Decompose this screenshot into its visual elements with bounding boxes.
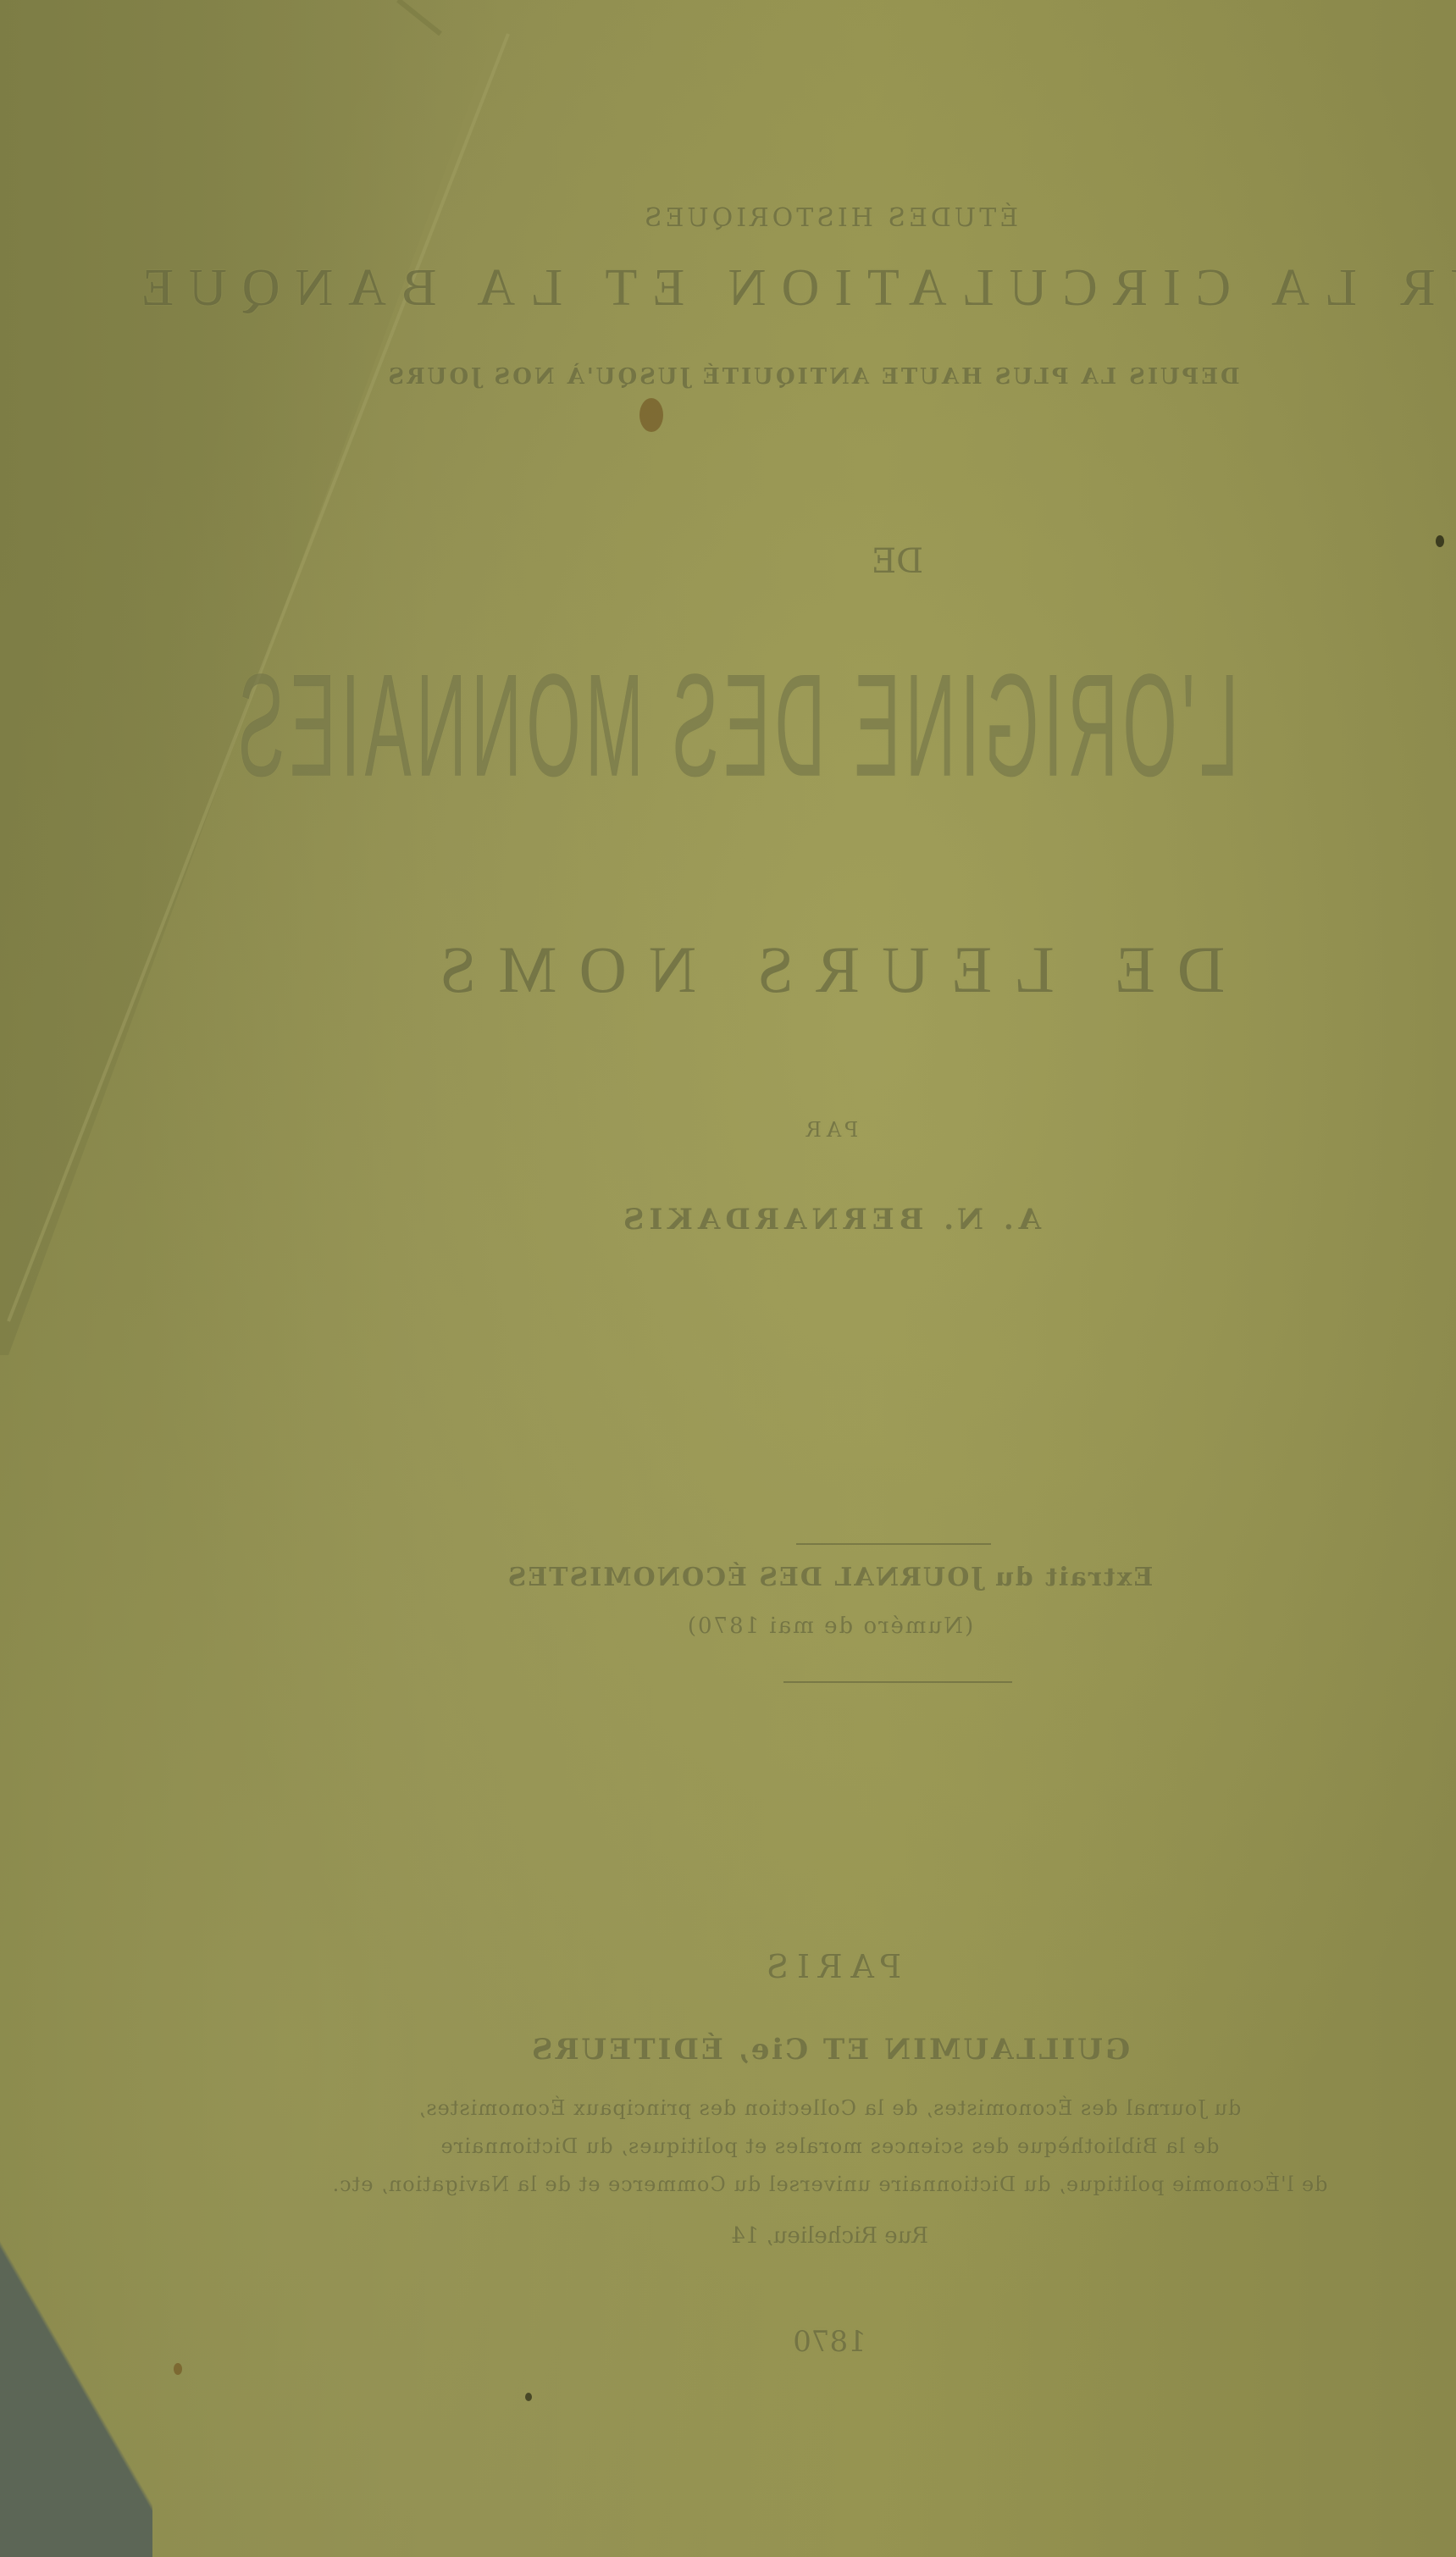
publication-year: 1870 bbox=[102, 2325, 1456, 2359]
series-line: ÉTUDES HISTORIQUES bbox=[102, 203, 1456, 233]
issue-line: (Numéro de mai 1870) bbox=[102, 1613, 1456, 1639]
foxing-spot bbox=[1436, 535, 1444, 547]
main-title: L'ORIGINE DES MONNAIES bbox=[438, 641, 1238, 810]
publisher-description-3: de l'Économie politique, du Dictionnaire… bbox=[102, 2172, 1456, 2196]
publisher-description-1: du Journal des Économistes, de la Collec… bbox=[102, 2096, 1456, 2120]
extract-line: Extrait du JOURNAL DES ÉCONOMISTES bbox=[102, 1563, 1456, 1592]
par-line: PAR bbox=[102, 1118, 1456, 1142]
foxing-spot bbox=[525, 2393, 532, 2401]
foxing-spot bbox=[639, 398, 663, 432]
bottom-rule bbox=[783, 1681, 1012, 1683]
subtitle: DE LEURS NOMS bbox=[93, 932, 1456, 1008]
address: Rue Richelieu, 14 bbox=[102, 2223, 1456, 2249]
city: PARIS bbox=[102, 1948, 1456, 1985]
publisher-description-2: de la Bibliothèque des sciences morales … bbox=[102, 2134, 1456, 2158]
scanned-page: ÉTUDES HISTORIQUES SUR LA CIRCULATION ET… bbox=[0, 0, 1456, 2557]
page-corner-background bbox=[0, 2049, 152, 2557]
de-line: DE bbox=[169, 542, 1456, 581]
publisher: GUILLAUMIN ET Cie, ÉDITEURS bbox=[102, 2033, 1456, 2067]
foxing-spot bbox=[174, 2363, 182, 2375]
author-name: A. N. BERNARDAKIS bbox=[102, 1203, 1456, 1237]
subject-line: SUR LA CIRCULATION ET LA BANQUE bbox=[102, 258, 1456, 318]
top-rule bbox=[796, 1543, 991, 1545]
period-line: DEPUIS LA PLUS HAUTE ANTIQUITÉ JUSQU'À N… bbox=[85, 364, 1456, 390]
